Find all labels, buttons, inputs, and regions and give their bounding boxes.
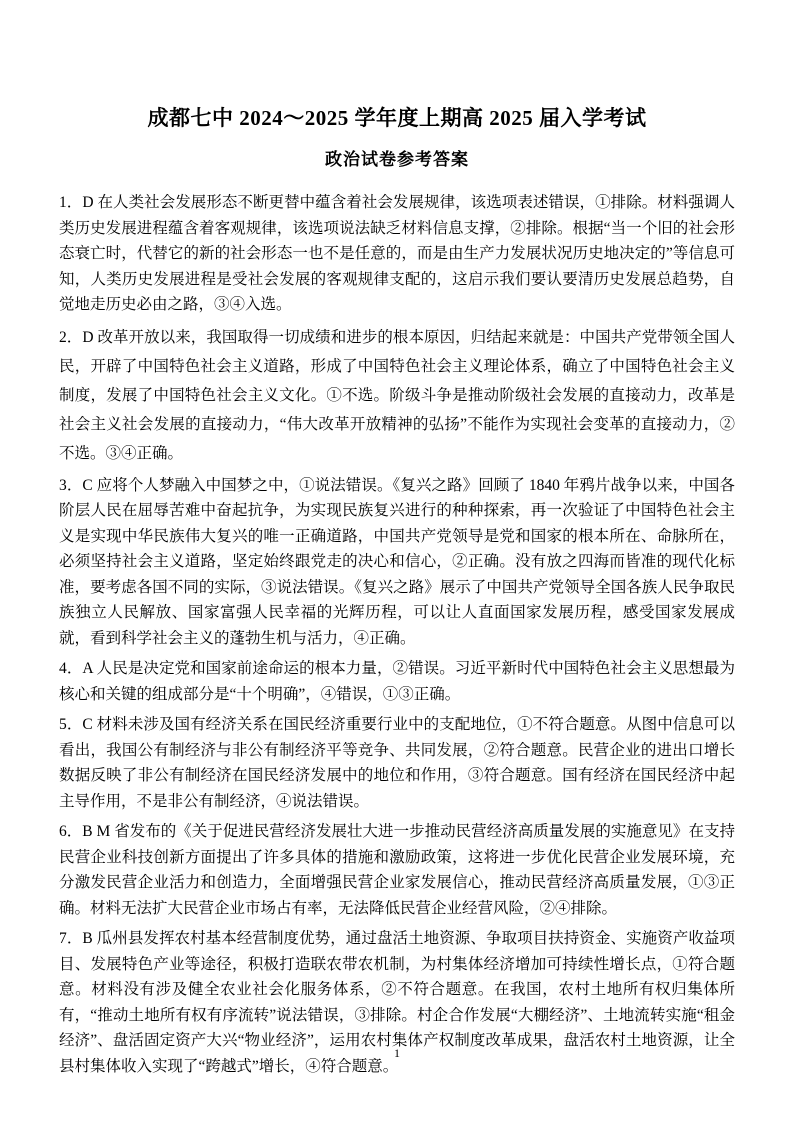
- answer-item-5: 5．C 材料未涉及国有经济关系在国民经济重要行业中的支配地位，①不符合题意。从图…: [59, 712, 735, 814]
- document-page: 成都七中 2024～2025 学年度上期高 2025 届入学考试 政治试卷参考答…: [0, 0, 794, 1123]
- document-title: 成都七中 2024～2025 学年度上期高 2025 届入学考试: [0, 0, 794, 132]
- answer-item-6: 6．B M 省发布的《关于促进民营经济发展壮大进一步推动民营经济高质量发展的实施…: [59, 819, 735, 921]
- answers-section: 1．D 在人类社会发展形态不断更替中蕴含着社会发展规律，该选项表述错误，①排除。…: [59, 190, 735, 1079]
- answer-item-1: 1．D 在人类社会发展形态不断更替中蕴含着社会发展规律，该选项表述错误，①排除。…: [59, 190, 735, 318]
- page-number: 1: [0, 1046, 794, 1061]
- answer-item-4: 4．A 人民是决定党和国家前途命运的根本力量，②错误。习近平新时代中国特色社会主…: [59, 656, 735, 707]
- document-subtitle: 政治试卷参考答案: [0, 145, 794, 170]
- answer-item-2: 2．D 改革开放以来，我国取得一切成绩和进步的根本原因，归结起来就是：中国共产党…: [59, 323, 735, 468]
- answer-item-3: 3．C 应将个人梦融入中国梦之中，①说法错误。《复兴之路》回顾了 1840 年鸦…: [59, 473, 735, 652]
